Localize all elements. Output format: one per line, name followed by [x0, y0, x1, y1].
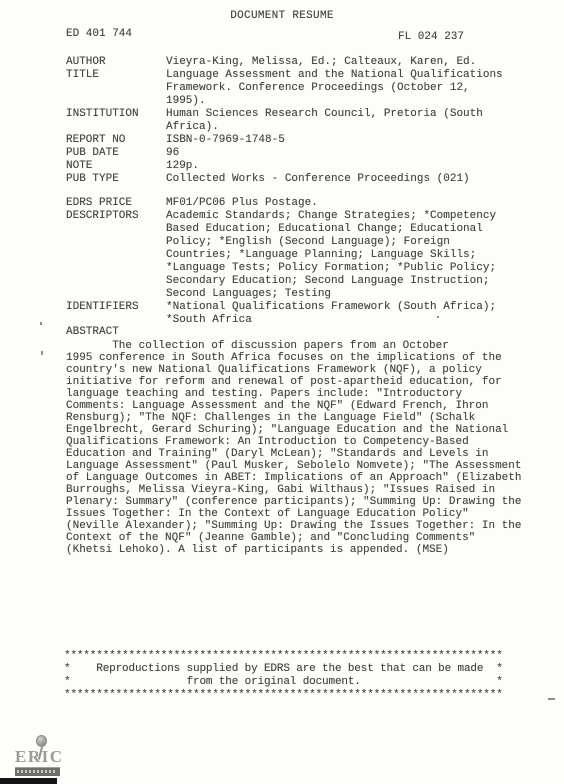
field-label: TITLE [66, 69, 166, 82]
field-value: Language Assessment and the National Qua… [166, 69, 536, 108]
ed-accession-number: ED 401 744 [66, 28, 132, 40]
field-label: REPORT NO [66, 134, 166, 147]
abstract-text: The collection of discussion papers from… [66, 340, 521, 556]
field-label: EDRS PRICE [66, 197, 166, 210]
field-value: Human Sciences Research Council, Pretori… [166, 108, 536, 134]
field-value: Collected Works - Conference Proceedings… [166, 173, 536, 186]
field-value: *National Qualifications Framework (Sout… [166, 301, 536, 327]
field-row-title: TITLE Language Assessment and the Nation… [66, 69, 536, 108]
field-row-institution: INSTITUTION Human Sciences Research Coun… [66, 108, 536, 134]
eric-logo: ERIC [12, 734, 76, 780]
eric-logo-banner [15, 767, 60, 776]
field-row-identifiers: IDENTIFIERS *National Qualifications Fra… [66, 301, 536, 327]
field-value: 129p. [166, 160, 536, 173]
scan-speck [40, 322, 42, 325]
field-row-note: NOTE 129p. [66, 160, 536, 173]
field-value: Vieyra-King, Melissa, Ed.; Calteaux, Kar… [166, 56, 536, 69]
field-value: MF01/PC06 Plus Postage. [166, 197, 536, 210]
eric-banner-fineprint [17, 770, 57, 773]
field-label: PUB DATE [66, 147, 166, 160]
bibliographic-fields: AUTHOR Vieyra-King, Melissa, Ed.; Caltea… [66, 56, 536, 327]
field-value: 96 [166, 147, 536, 160]
field-row-pub-type: PUB TYPE Collected Works - Conference Pr… [66, 173, 536, 186]
field-value: ISBN-0-7969-1748-5 [166, 134, 536, 147]
field-label: NOTE [66, 160, 166, 173]
scan-speck [437, 316, 439, 318]
edrs-reproduction-notice: ****************************************… [64, 650, 503, 702]
field-row-descriptors: DESCRIPTORS Academic Standards; Change S… [66, 210, 536, 301]
field-label: AUTHOR [66, 56, 166, 69]
field-row-report-no: REPORT NO ISBN-0-7969-1748-5 [66, 134, 536, 147]
eric-logo-text: ERIC [15, 747, 64, 767]
fl-clearinghouse-number: FL 024 237 [398, 31, 464, 43]
field-label: INSTITUTION [66, 108, 166, 121]
field-row-pub-date: PUB DATE 96 [66, 147, 536, 160]
field-row-edrs-price: EDRS PRICE MF01/PC06 Plus Postage. [66, 197, 536, 210]
field-row-author: AUTHOR Vieyra-King, Melissa, Ed.; Caltea… [66, 56, 536, 69]
abstract-label: ABSTRACT [66, 326, 119, 338]
field-label: IDENTIFIERS [66, 301, 166, 314]
scan-edge-bar [0, 778, 57, 784]
field-value: Academic Standards; Change Strategies; *… [166, 210, 536, 301]
document-page: DOCUMENT RESUME ED 401 744 FL 024 237 AU… [0, 0, 564, 784]
scan-speck [41, 351, 43, 355]
field-label: PUB TYPE [66, 173, 166, 186]
document-resume-header: DOCUMENT RESUME [0, 10, 564, 22]
scan-speck [548, 698, 555, 700]
field-label: DESCRIPTORS [66, 210, 166, 223]
